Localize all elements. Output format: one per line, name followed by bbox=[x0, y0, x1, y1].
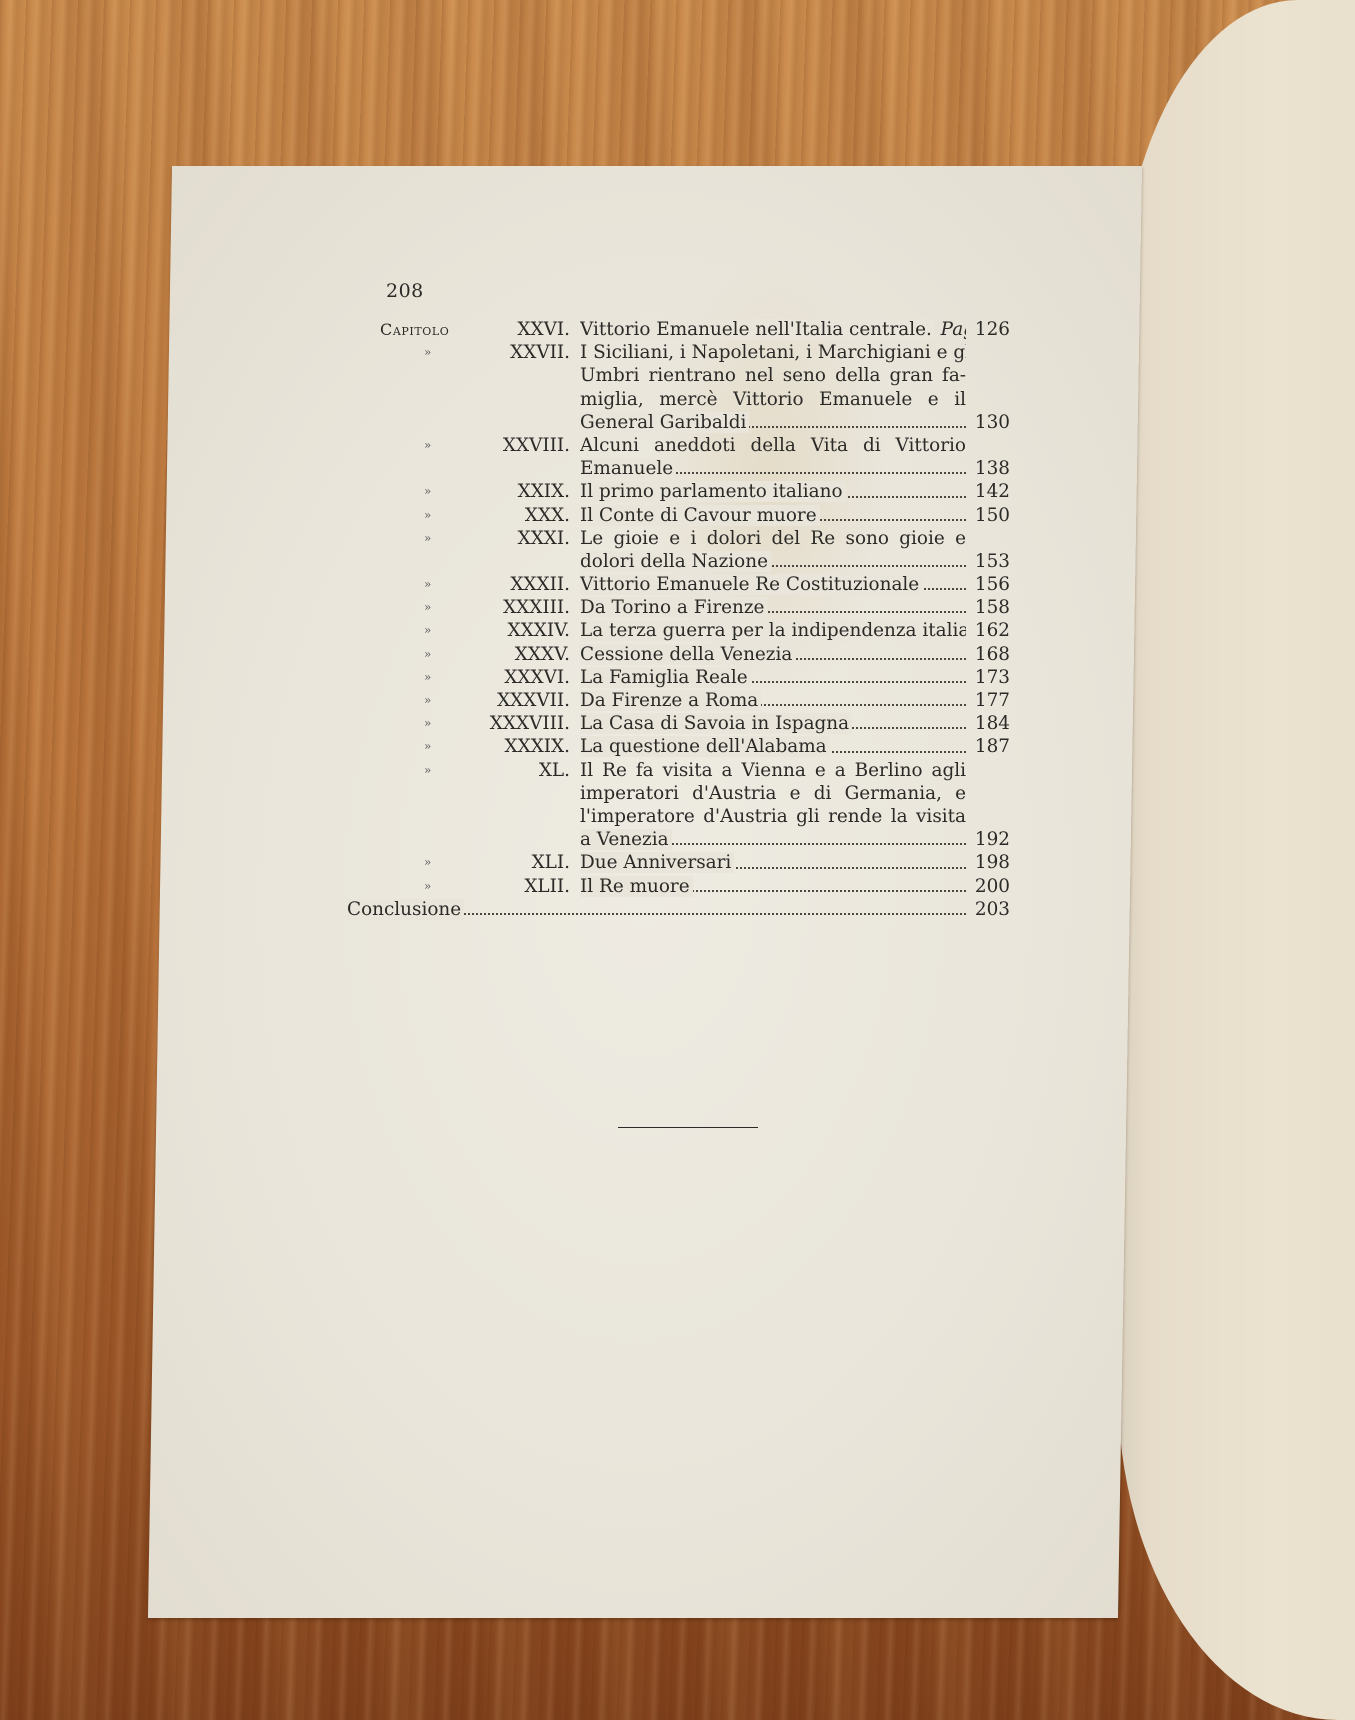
chapter-title: Vittorio Emanuele nell'Italia centrale. … bbox=[580, 318, 966, 341]
toc-line: Umbri rientrano nel seno della gran fa- bbox=[380, 364, 1010, 387]
chapter-numeral: XXXI. bbox=[518, 527, 570, 550]
chapter-title-text: Il Conte di Cavour muore bbox=[580, 505, 820, 526]
chapter-title: La Famiglia Reale bbox=[580, 666, 966, 689]
chapter-title-text: Due Anniversari bbox=[580, 852, 734, 873]
chapter-numeral: XXXIII. bbox=[503, 596, 570, 619]
chapter-title: Le gioie e i dolori del Re sono gioie e bbox=[580, 527, 966, 550]
chapter-title: Umbri rientrano nel seno della gran fa- bbox=[580, 364, 966, 387]
chapter-title-text: La questione dell'Alabama bbox=[580, 736, 830, 757]
conclusion-label: Conclusione bbox=[347, 898, 966, 921]
chapter-numeral: XLI. bbox=[532, 851, 570, 874]
toc-line: »XXVII.I Siciliani, i Napoletani, i Marc… bbox=[380, 341, 1010, 364]
chapter-title-text: imperatori d'Austria e di Germania, e bbox=[580, 783, 966, 804]
ditto-mark: » bbox=[424, 666, 431, 689]
chapter-numeral: XL. bbox=[539, 759, 570, 782]
chapter-title: Alcuni aneddoti della Vita di Vittorio bbox=[580, 434, 966, 457]
chapter-numeral: XXVI. bbox=[517, 318, 570, 341]
chapter-title: miglia, mercè Vittorio Emanuele e il bbox=[580, 388, 966, 411]
chapter-title-text: I Siciliani, i Napoletani, i Marchigiani… bbox=[580, 342, 966, 363]
chapter-title: Vittorio Emanuele Re Costituzionale bbox=[580, 573, 966, 596]
toc-line: »XXXII.Vittorio Emanuele Re Costituziona… bbox=[380, 573, 1010, 596]
table-of-contents: CapitoloXXVI.Vittorio Emanuele nell'Ital… bbox=[380, 318, 1010, 921]
ditto-mark: » bbox=[424, 735, 431, 758]
page-ref: 184 bbox=[970, 712, 1010, 735]
page-ref: 187 bbox=[970, 735, 1010, 758]
chapter-numeral: XXXVI. bbox=[504, 666, 570, 689]
toc-entry[interactable]: »XXVII.I Siciliani, i Napoletani, i Marc… bbox=[380, 341, 1010, 434]
toc-line: »XXXV.Cessione della Venezia168 bbox=[380, 643, 1010, 666]
page-ref: 198 bbox=[970, 851, 1010, 874]
toc-entry[interactable]: »XXXVI.La Famiglia Reale173 bbox=[380, 666, 1010, 689]
chapter-title: Il Re muore bbox=[580, 875, 966, 898]
chapter-title: General Garibaldi bbox=[580, 411, 966, 434]
page-ref: 153 bbox=[970, 550, 1010, 573]
chapter-title-text: Da Firenze a Roma bbox=[580, 690, 761, 711]
chapter-title-text: Alcuni aneddoti della Vita di Vittorio bbox=[580, 435, 966, 456]
toc-line: »XLI.Due Anniversari198 bbox=[380, 851, 1010, 874]
toc-line: »XXIX.Il primo parlamento italiano142 bbox=[380, 480, 1010, 503]
chapter-numeral: XXXIX. bbox=[505, 735, 570, 758]
toc-entry[interactable]: »XL.Il Re fa visita a Vienna e a Berlino… bbox=[380, 759, 1010, 852]
page-number: 208 bbox=[386, 280, 424, 302]
ditto-mark: » bbox=[424, 712, 431, 735]
page-ref: 192 bbox=[970, 828, 1010, 851]
conclusion-text: Conclusione bbox=[347, 899, 464, 920]
toc-line: »XLII.Il Re muore200 bbox=[380, 875, 1010, 898]
chapter-title-text: l'imperatore d'Austria gli rende la visi… bbox=[580, 806, 966, 827]
toc-line: a Venezia192 bbox=[380, 828, 1010, 851]
toc-entry[interactable]: CapitoloXXVI.Vittorio Emanuele nell'Ital… bbox=[380, 318, 1010, 341]
chapter-numeral: XXXV. bbox=[515, 643, 570, 666]
page-ref: 126 bbox=[970, 318, 1010, 341]
chapter-title-text: La Famiglia Reale bbox=[580, 667, 751, 688]
toc-entry[interactable]: »XLI.Due Anniversari198 bbox=[380, 851, 1010, 874]
chapter-title: dolori della Nazione bbox=[580, 550, 966, 573]
chapter-title-text: Il primo parlamento italiano bbox=[580, 481, 846, 502]
toc-entry[interactable]: »XXXII.Vittorio Emanuele Re Costituziona… bbox=[380, 573, 1010, 596]
chapter-title: La terza guerra per la indipendenza ital… bbox=[580, 619, 966, 642]
pag-label: Pag. bbox=[935, 319, 966, 340]
chapter-title: La questione dell'Alabama bbox=[580, 735, 966, 758]
chapter-title: Da Firenze a Roma bbox=[580, 689, 966, 712]
ditto-mark: » bbox=[424, 480, 431, 503]
ditto-mark: » bbox=[424, 851, 431, 874]
chapter-title: Il Re fa visita a Vienna e a Berlino agl… bbox=[580, 759, 966, 782]
chapter-title: Cessione della Venezia bbox=[580, 643, 966, 666]
chapter-title-text: Il Re fa visita a Vienna e a Berlino agl… bbox=[580, 760, 966, 781]
chapter-title: Due Anniversari bbox=[580, 851, 966, 874]
page-ref: 150 bbox=[970, 504, 1010, 527]
chapter-title: l'imperatore d'Austria gli rende la visi… bbox=[580, 805, 966, 828]
toc-entry[interactable]: »XXXIII.Da Torino a Firenze158 bbox=[380, 596, 1010, 619]
toc-line: »XXXI.Le gioie e i dolori del Re sono gi… bbox=[380, 527, 1010, 550]
page-ref: 173 bbox=[970, 666, 1010, 689]
toc-line: General Garibaldi130 bbox=[380, 411, 1010, 434]
toc-entry[interactable]: »XXXVIII.La Casa di Savoia in Ispagna184 bbox=[380, 712, 1010, 735]
chapter-title-text: General Garibaldi bbox=[580, 412, 749, 433]
chapter-title-text: Le gioie e i dolori del Re sono gioie e bbox=[580, 528, 966, 549]
toc-line: »XXVIII.Alcuni aneddoti della Vita di Vi… bbox=[380, 434, 1010, 457]
chapter-numeral: XXXIV. bbox=[508, 619, 570, 642]
toc-line: »XL.Il Re fa visita a Vienna e a Berlino… bbox=[380, 759, 1010, 782]
page-ref: 130 bbox=[970, 411, 1010, 434]
toc-entry[interactable]: »XXX.Il Conte di Cavour muore150 bbox=[380, 504, 1010, 527]
chapter-title-text: miglia, mercè Vittorio Emanuele e il bbox=[580, 389, 966, 410]
toc-entry-conclusion[interactable]: Conclusione203 bbox=[347, 898, 1010, 921]
chapter-title-text: Da Torino a Firenze bbox=[580, 597, 767, 618]
toc-entry[interactable]: »XXXIX.La questione dell'Alabama187 bbox=[380, 735, 1010, 758]
chapter-title-text: Vittorio Emanuele Re Costituzionale bbox=[580, 574, 922, 595]
toc-line: CapitoloXXVI.Vittorio Emanuele nell'Ital… bbox=[380, 318, 1010, 341]
chapter-title: Il primo parlamento italiano bbox=[580, 480, 966, 503]
toc-line: »XXXVI.La Famiglia Reale173 bbox=[380, 666, 1010, 689]
toc-line: l'imperatore d'Austria gli rende la visi… bbox=[380, 805, 1010, 828]
ditto-mark: » bbox=[424, 573, 431, 596]
toc-line: »XXXVIII.La Casa di Savoia in Ispagna184 bbox=[380, 712, 1010, 735]
toc-line: »XXXIII.Da Torino a Firenze158 bbox=[380, 596, 1010, 619]
chapter-title-text: Cessione della Venezia bbox=[580, 644, 795, 665]
toc-line: »XXXIV.La terza guerra per la indipenden… bbox=[380, 619, 1010, 642]
chapter-numeral: XXIX. bbox=[518, 480, 570, 503]
chapter-label: Capitolo bbox=[380, 318, 470, 341]
page-ref: 158 bbox=[970, 596, 1010, 619]
page-ref: 142 bbox=[970, 480, 1010, 503]
ditto-mark: » bbox=[424, 504, 431, 527]
ditto-mark: » bbox=[424, 434, 431, 457]
page-ref: 203 bbox=[970, 898, 1010, 921]
ditto-mark: » bbox=[424, 619, 431, 642]
ditto-mark: » bbox=[424, 759, 431, 782]
ditto-mark: » bbox=[424, 341, 431, 364]
chapter-title-text: La terza guerra per la indipendenza ital… bbox=[580, 620, 966, 641]
toc-entry[interactable]: »XXIX.Il primo parlamento italiano142 bbox=[380, 480, 1010, 503]
toc-entry[interactable]: »XXXIV.La terza guerra per la indipenden… bbox=[380, 619, 1010, 642]
chapter-title: La Casa di Savoia in Ispagna bbox=[580, 712, 966, 735]
toc-entry[interactable]: »XXXVII.Da Firenze a Roma177 bbox=[380, 689, 1010, 712]
chapter-title: I Siciliani, i Napoletani, i Marchigiani… bbox=[580, 341, 966, 364]
chapter-title-text: dolori della Nazione bbox=[580, 551, 771, 572]
page-ref: 168 bbox=[970, 643, 1010, 666]
toc-line: »XXXVII.Da Firenze a Roma177 bbox=[380, 689, 1010, 712]
chapter-numeral: XXXVII. bbox=[497, 689, 570, 712]
chapter-numeral: XXVIII. bbox=[503, 434, 570, 457]
chapter-title-text: a Venezia bbox=[580, 829, 672, 850]
chapter-title-text: La Casa di Savoia in Ispagna bbox=[580, 713, 852, 734]
chapter-title: imperatori d'Austria e di Germania, e bbox=[580, 782, 966, 805]
chapter-title: a Venezia bbox=[580, 828, 966, 851]
chapter-numeral: XXXVIII. bbox=[490, 712, 570, 735]
toc-entry[interactable]: »XXXV.Cessione della Venezia168 bbox=[380, 643, 1010, 666]
ditto-mark: » bbox=[424, 875, 431, 898]
toc-line: Emanuele138 bbox=[380, 457, 1010, 480]
section-divider-rule bbox=[618, 1127, 758, 1128]
toc-line: imperatori d'Austria e di Germania, e bbox=[380, 782, 1010, 805]
chapter-title-text: Umbri rientrano nel seno della gran fa- bbox=[580, 365, 966, 386]
ditto-mark: » bbox=[424, 527, 431, 550]
ditto-mark: » bbox=[424, 596, 431, 619]
chapter-numeral: XXVII. bbox=[510, 341, 570, 364]
toc-line: »XXX.Il Conte di Cavour muore150 bbox=[380, 504, 1010, 527]
toc-line: miglia, mercè Vittorio Emanuele e il bbox=[380, 388, 1010, 411]
chapter-numeral: XXXII. bbox=[510, 573, 570, 596]
chapter-numeral: XXX. bbox=[525, 504, 570, 527]
chapter-title: Da Torino a Firenze bbox=[580, 596, 966, 619]
chapter-title-text: Vittorio Emanuele nell'Italia centrale. bbox=[580, 319, 935, 340]
toc-entry[interactable]: »XLII.Il Re muore200 bbox=[380, 875, 1010, 898]
page-ref: 138 bbox=[970, 457, 1010, 480]
chapter-title-text: Emanuele bbox=[580, 458, 676, 479]
ditto-mark: » bbox=[424, 643, 431, 666]
ditto-mark: » bbox=[424, 689, 431, 712]
chapter-title: Emanuele bbox=[580, 457, 966, 480]
page-ref: 162 bbox=[970, 619, 1010, 642]
toc-line: »XXXIX.La questione dell'Alabama187 bbox=[380, 735, 1010, 758]
chapter-title-text: Il Re muore bbox=[580, 876, 693, 897]
page-ref: 156 bbox=[970, 573, 1010, 596]
toc-line: dolori della Nazione153 bbox=[380, 550, 1010, 573]
page-content: 208 CapitoloXXVI.Vittorio Emanuele nell'… bbox=[0, 0, 1355, 1720]
chapter-title: Il Conte di Cavour muore bbox=[580, 504, 966, 527]
page-ref: 200 bbox=[970, 875, 1010, 898]
chapter-numeral: XLII. bbox=[524, 875, 570, 898]
toc-entry[interactable]: »XXVIII.Alcuni aneddoti della Vita di Vi… bbox=[380, 434, 1010, 480]
toc-entry[interactable]: »XXXI.Le gioie e i dolori del Re sono gi… bbox=[380, 527, 1010, 573]
page-ref: 177 bbox=[970, 689, 1010, 712]
